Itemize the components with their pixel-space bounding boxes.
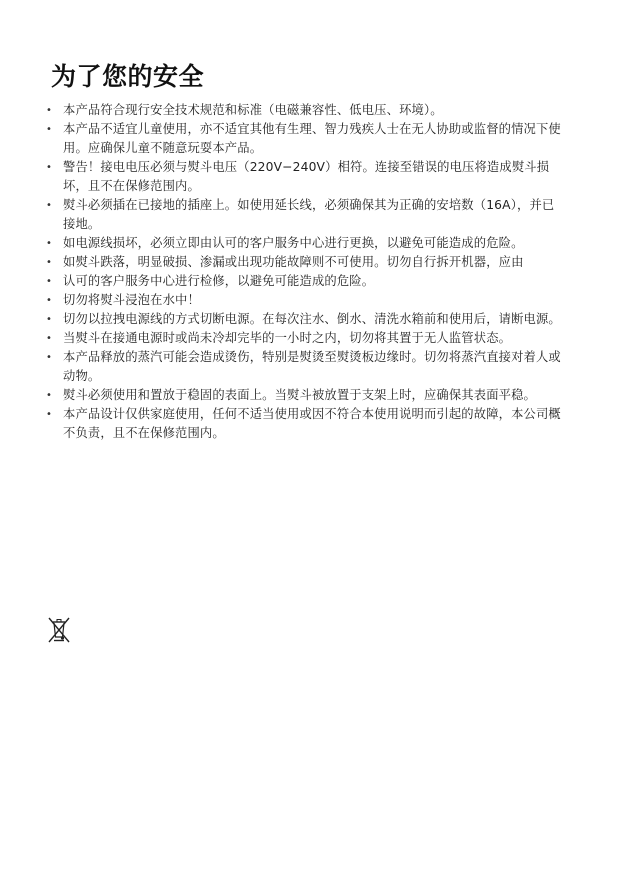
list-item: •当熨斗在接通电源时或尚未冷却完毕的一小时之内，切勿将其置于无人监管状态。 [44, 329, 564, 348]
list-item: •本产品符合现行安全技术规范和标准（电磁兼容性、低电压、环境）。 [44, 101, 564, 120]
list-item: •本产品设计仅供家庭使用，任何不适当使用或因不符合本使用说明而引起的故障，本公司… [44, 405, 564, 443]
list-item: •切勿以拉拽电源线的方式切断电源。在每次注水、倒水、清洗水箱前和使用后，请断电源… [44, 310, 564, 329]
bullet-icon: • [46, 329, 52, 348]
bullet-icon: • [46, 196, 52, 215]
list-item: •本产品不适宜儿童使用，亦不适宜其他有生理、智力残疾人士在无人协助或监督的情况下… [44, 120, 564, 158]
bullet-icon: • [46, 291, 52, 310]
list-item-text: 熨斗必须插在已接地的插座上。如使用延长线，必须确保其为正确的安培数（16A），并… [63, 198, 554, 231]
list-item: •如电源线损坏，必须立即由认可的客户服务中心进行更换，以避免可能造成的危险。 [44, 234, 564, 253]
list-item-text: 切勿以拉拽电源线的方式切断电源。在每次注水、倒水、清洗水箱前和使用后，请断电源。 [63, 312, 561, 326]
list-item-text: 本产品设计仅供家庭使用，任何不适当使用或因不符合本使用说明而引起的故障，本公司概… [63, 407, 561, 440]
list-item-text: 本产品不适宜儿童使用，亦不适宜其他有生理、智力残疾人士在无人协助或监督的情况下使… [63, 122, 561, 155]
list-item-text: 如熨斗跌落，明显破损、渗漏或出现功能故障则不可使用。切勿自行拆开机器，应由 [63, 255, 524, 269]
safety-instructions-list: •本产品符合现行安全技术规范和标准（电磁兼容性、低电压、环境）。 •本产品不适宜… [44, 101, 564, 443]
bullet-icon: • [46, 405, 52, 424]
list-item-text: 如电源线损坏，必须立即由认可的客户服务中心进行更换，以避免可能造成的危险。 [63, 236, 524, 250]
bullet-icon: • [46, 348, 52, 367]
list-item: •切勿将熨斗浸泡在水中！ [44, 291, 564, 310]
list-item-text: 本产品符合现行安全技术规范和标准（电磁兼容性、低电压、环境）。 [63, 103, 443, 117]
page-title: 为了您的安全 [51, 60, 204, 94]
list-item-text: 本产品释放的蒸汽可能会造成烫伤，特别是熨烫至熨烫板边缘时。切勿将蒸汽直接对着人或… [63, 350, 561, 383]
list-item: •本产品释放的蒸汽可能会造成烫伤，特别是熨烫至熨烫板边缘时。切勿将蒸汽直接对着人… [44, 348, 564, 386]
list-item: •警告！接电电压必须与熨斗电压（220V−240V）相符。连接至错误的电压将造成… [44, 158, 564, 196]
list-item-text: 熨斗必须使用和置放于稳固的表面上。当熨斗被放置于支架上时，应确保其表面平稳。 [63, 388, 536, 402]
bullet-icon: • [46, 101, 52, 120]
list-item: •熨斗必须使用和置放于稳固的表面上。当熨斗被放置于支架上时，应确保其表面平稳。 [44, 386, 564, 405]
list-item: •认可的客户服务中心进行检修，以避免可能造成的危险。 [44, 272, 564, 291]
list-item: •如熨斗跌落，明显破损、渗漏或出现功能故障则不可使用。切勿自行拆开机器，应由 [44, 253, 564, 272]
list-item: •熨斗必须插在已接地的插座上。如使用延长线，必须确保其为正确的安培数（16A），… [44, 196, 564, 234]
weee-crossed-out-bin-icon [47, 616, 71, 644]
list-item-text: 警告！接电电压必须与熨斗电压（220V−240V）相符。连接至错误的电压将造成熨… [63, 160, 549, 193]
list-item-text: 当熨斗在接通电源时或尚未冷却完毕的一小时之内，切勿将其置于无人监管状态。 [63, 331, 511, 345]
bullet-icon: • [46, 253, 52, 272]
bullet-icon: • [46, 386, 52, 405]
bullet-icon: • [46, 120, 52, 139]
bullet-icon: • [46, 234, 52, 253]
list-item-text: 认可的客户服务中心进行检修，以避免可能造成的危险。 [63, 274, 374, 288]
list-item-text: 切勿将熨斗浸泡在水中！ [63, 293, 200, 307]
bullet-icon: • [46, 158, 52, 177]
bullet-icon: • [46, 272, 52, 291]
bullet-icon: • [46, 310, 52, 329]
